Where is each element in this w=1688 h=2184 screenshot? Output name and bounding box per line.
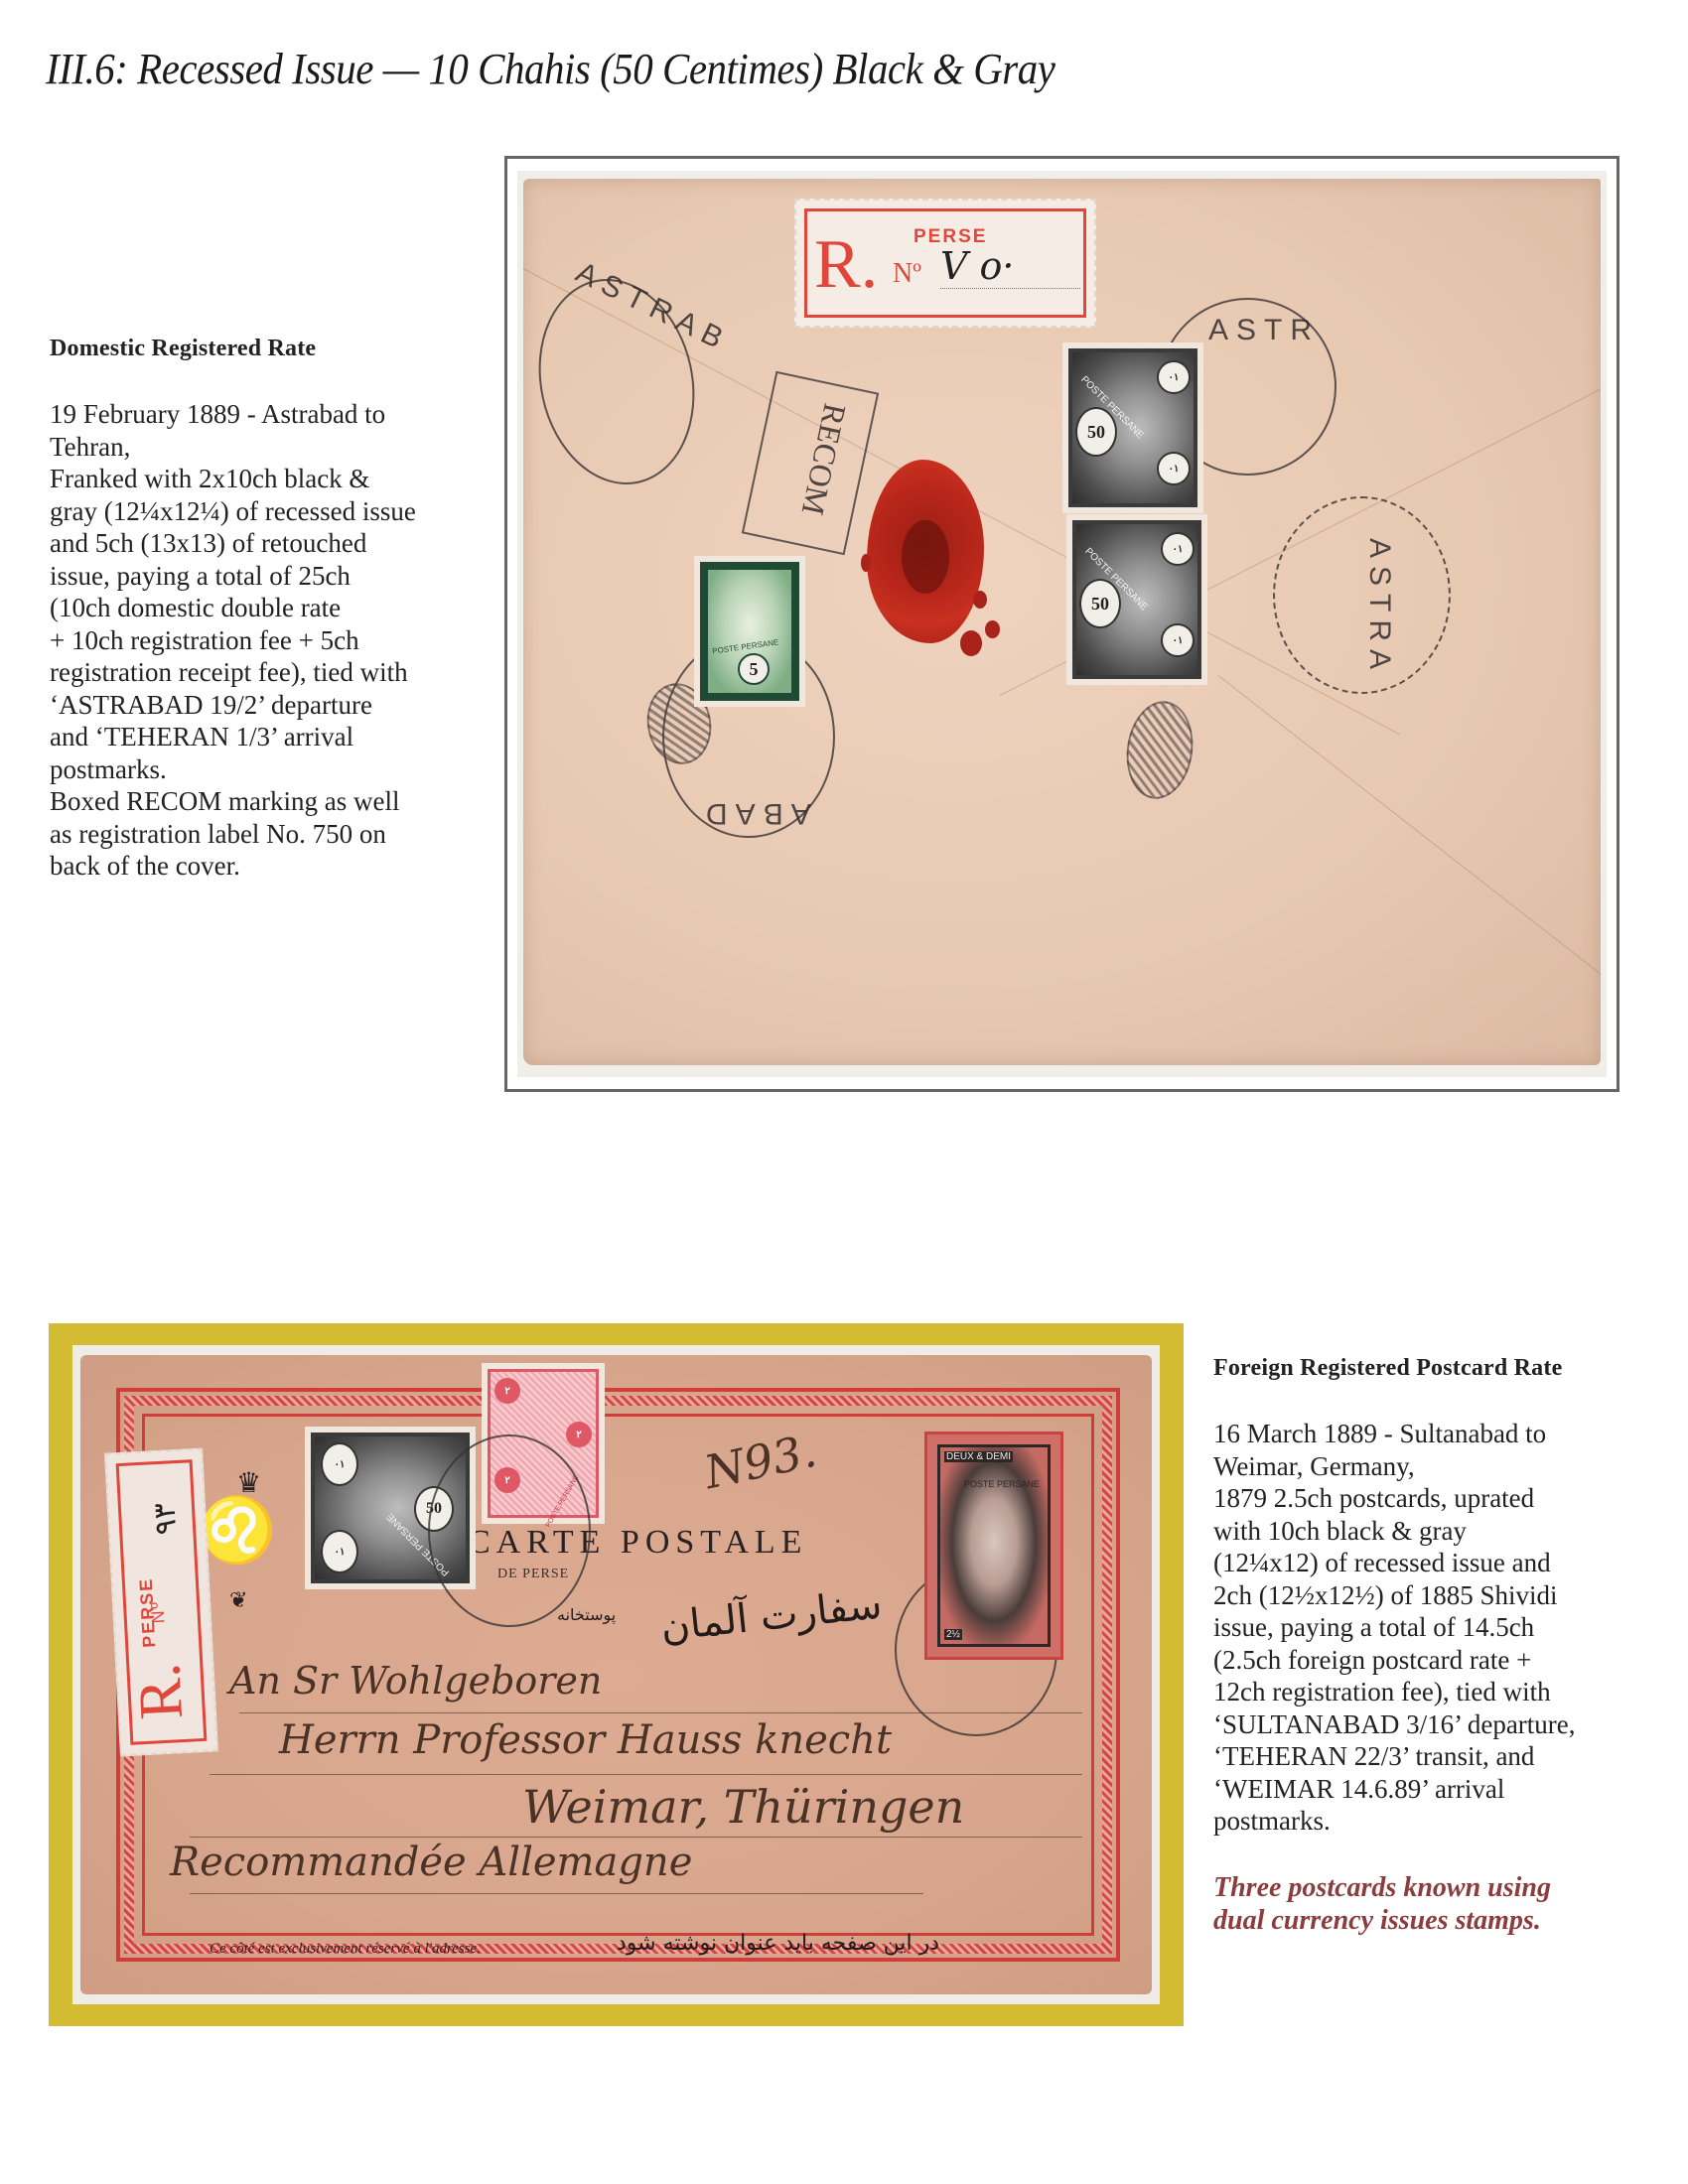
- domestic-rate-description: Domestic Registered Rate 19 February 188…: [50, 336, 487, 883]
- body-line: Franked with 2x10ch black &: [50, 463, 487, 495]
- body-line: (2.5ch foreign postcard rate +: [1213, 1644, 1670, 1677]
- body-line: Weimar, Germany,: [1213, 1450, 1670, 1483]
- address-line: An Sr Wohlgeboren: [229, 1659, 602, 1703]
- reg-label-number: V o·: [940, 244, 1014, 288]
- domestic-rate-body: 19 February 1889 - Astrabad to Tehran, F…: [50, 398, 487, 883]
- reg-label-letter: R.: [124, 1661, 198, 1720]
- body-line: with 10ch black & gray: [1213, 1515, 1670, 1548]
- body-line: issue, paying a total of 14.5ch: [1213, 1611, 1670, 1644]
- body-line: 12ch registration fee), tied with: [1213, 1676, 1670, 1708]
- domestic-rate-heading: Domestic Registered Rate: [50, 336, 487, 362]
- address-line: Herrn Professor Hauss knecht: [279, 1717, 892, 1763]
- flap-fold: [1218, 675, 1601, 1065]
- body-line: 2ch (12½x12½) of 1885 Shividi: [1213, 1579, 1670, 1612]
- red-wax-seal: [867, 460, 984, 643]
- body-line: postmarks.: [1213, 1805, 1670, 1838]
- postcard-indicia-stamp: DEUX & DEMI POSTE PERSANE 2½: [924, 1432, 1063, 1660]
- persian-post-office: پوستخانه: [557, 1605, 616, 1624]
- body-line: registration receipt fee), tied with: [50, 656, 487, 689]
- postcard-footer-fr: Ce côté est exclusivement réservé à l'ad…: [210, 1941, 481, 1958]
- registration-label: PERSE R. Nº V o·: [794, 199, 1096, 328]
- sultanabad-postmark: [428, 1434, 591, 1627]
- postcard-footer-fa: در این صفحه باید عنوان نوشته شود: [617, 1931, 939, 1956]
- stamp-5ch-green: 5 POSTE PERSANE: [694, 556, 805, 707]
- address-line: Recommandée Allemagne: [170, 1840, 692, 1885]
- lion-and-sun-emblem-icon: ♌: [198, 1499, 277, 1563]
- foreign-rate-heading: Foreign Registered Postcard Rate: [1213, 1355, 1670, 1382]
- recom-boxed-marking: RECOM: [742, 371, 879, 555]
- astrabad-postmark: ASTRAB: [523, 264, 713, 498]
- registration-label: R. PERSE Nº ۹۳: [104, 1448, 218, 1757]
- body-line: Tehran,: [50, 431, 487, 464]
- body-line: issue, paying a total of 25ch: [50, 560, 487, 593]
- body-line: (10ch domestic double rate: [50, 592, 487, 624]
- ornament-icon: ❦: [229, 1588, 247, 1613]
- image-mat: PERSE R. Nº V o· ASTRAB ASTR ASTRA ABAD …: [517, 171, 1607, 1077]
- reg-label-no: Nº: [893, 258, 921, 290]
- body-line: 1879 2.5ch postcards, uprated: [1213, 1482, 1670, 1515]
- stamp-10ch-black-gray: 50 ٠١ ٠١ POSTE PERSANE: [1066, 514, 1207, 685]
- body-line: (12¼x12) of recessed issue and: [1213, 1547, 1670, 1579]
- reg-label-no: Nº: [147, 1599, 169, 1624]
- address-line: Weimar, Thüringen: [522, 1780, 964, 1834]
- note-line: dual currency issues stamps.: [1213, 1904, 1670, 1937]
- foreign-rate-description: Foreign Registered Postcard Rate 16 Marc…: [1213, 1355, 1670, 1937]
- reg-label-letter: R.: [814, 230, 878, 300]
- body-line: and ‘TEHERAN 1/3’ arrival: [50, 721, 487, 753]
- body-line: 19 February 1889 - Astrabad to: [50, 398, 487, 431]
- body-line: back of the cover.: [50, 850, 487, 883]
- body-line: as registration label No. 750 on: [50, 818, 487, 851]
- body-line: postmarks.: [50, 753, 487, 786]
- note-line: Three postcards known using: [1213, 1871, 1670, 1904]
- oval-seal-mark: [1120, 697, 1198, 803]
- body-line: ‘SULTANABAD 3/16’ departure,: [1213, 1708, 1670, 1741]
- body-line: ‘WEIMAR 14.6.89’ arrival: [1213, 1773, 1670, 1806]
- registered-cover-image: PERSE R. Nº V o· ASTRAB ASTR ASTRA ABAD …: [504, 156, 1619, 1092]
- body-line: and 5ch (13x13) of retouched: [50, 527, 487, 560]
- cover-back: PERSE R. Nº V o· ASTRAB ASTR ASTRA ABAD …: [523, 179, 1601, 1065]
- stamp-10ch-black-gray: 50 ٠١ ٠١ POSTE PERSANE: [1062, 342, 1203, 513]
- body-line: ‘TEHERAN 22/3’ transit, and: [1213, 1740, 1670, 1773]
- rarity-note: Three postcards known using dual currenc…: [1213, 1871, 1670, 1937]
- body-line: ‘ASTRABAD 19/2’ departure: [50, 689, 487, 722]
- foreign-rate-body: 16 March 1889 - Sultanabad to Weimar, Ge…: [1213, 1418, 1670, 1838]
- body-line: + 10ch registration fee + 5ch: [50, 624, 487, 657]
- astrabad-postmark-lower: ASTRA: [1273, 496, 1451, 694]
- postcard: CARTE POSTALE DE PERSE ♛ ♌ ❦ R. PERSE Nº…: [80, 1355, 1152, 1994]
- body-line: gray (12¼x12¼) of recessed issue: [50, 495, 487, 528]
- body-line: 16 March 1889 - Sultanabad to: [1213, 1418, 1670, 1450]
- page-title: III.6: Recessed Issue — 10 Chahis (50 Ce…: [46, 44, 1055, 94]
- registered-postcard-image: CARTE POSTALE DE PERSE ♛ ♌ ❦ R. PERSE Nº…: [49, 1323, 1184, 2026]
- reg-label-number: ۹۳: [147, 1502, 184, 1536]
- image-mat: CARTE POSTALE DE PERSE ♛ ♌ ❦ R. PERSE Nº…: [72, 1345, 1160, 2004]
- body-line: Boxed RECOM marking as well: [50, 785, 487, 818]
